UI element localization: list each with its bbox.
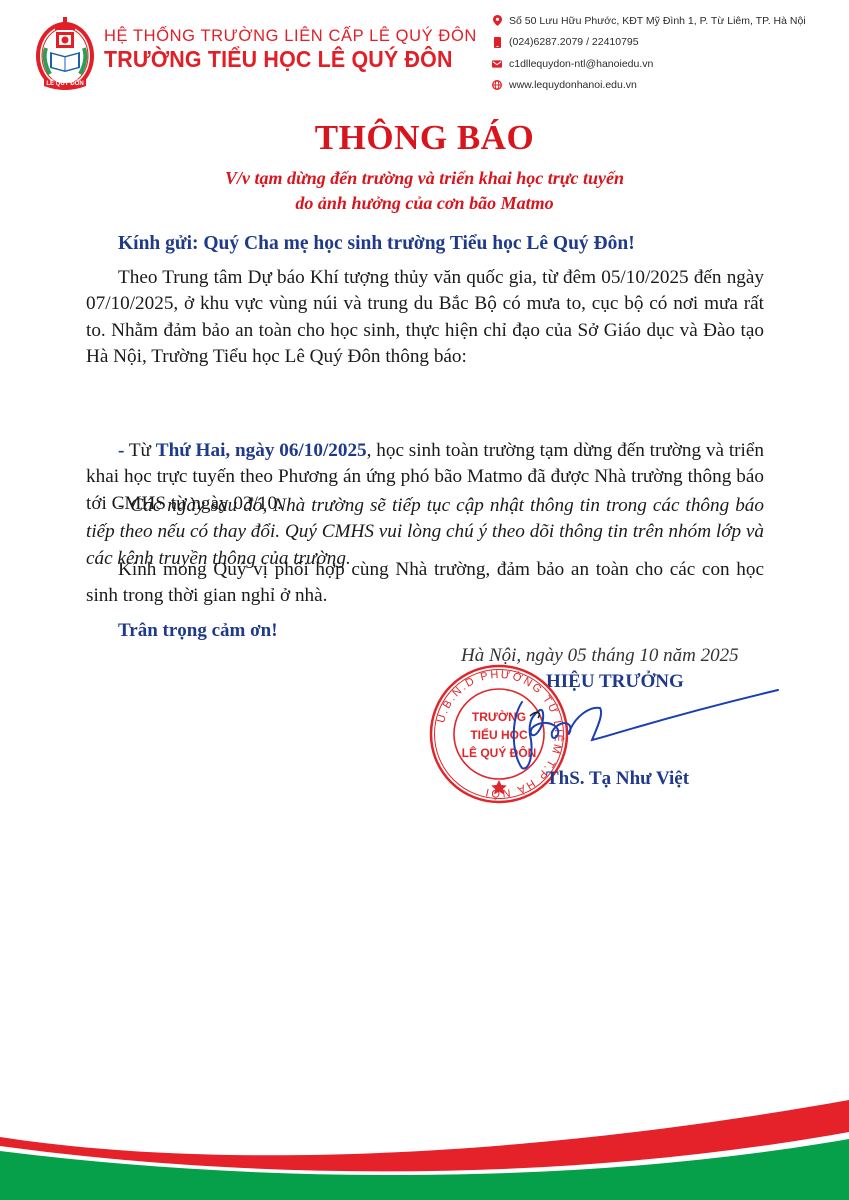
system-name: HỆ THỐNG TRƯỜNG LIÊN CẤP LÊ QUÝ ĐÔN <box>104 26 479 46</box>
paragraph-request: Kính mong Quý vị phối hợp cùng Nhà trườn… <box>86 557 764 610</box>
school-name: TRƯỜNG TIỂU HỌC LÊ QUÝ ĐÔN <box>104 46 453 72</box>
effective-date: Thứ Hai, ngày 06/10/2025 <box>156 440 367 461</box>
contact-info: Số 50 Lưu Hữu Phước, KĐT Mỹ Đình 1, P. T… <box>492 10 806 96</box>
closing: Trân trọng cảm ơn! <box>118 620 278 642</box>
contact-address: Số 50 Lưu Hữu Phước, KĐT Mỹ Đình 1, P. T… <box>492 10 806 32</box>
footer-wave <box>0 1080 849 1200</box>
signer-name: ThS. Tạ Như Việt <box>546 768 689 790</box>
handwritten-signature <box>500 680 790 780</box>
contact-email: c1dllequydon-ntl@hanoiedu.vn <box>492 53 806 75</box>
contact-website: www.lequydonhanoi.edu.vn <box>492 75 806 97</box>
notice-subtitle: V/v tạm dừng đến trường và triển khai họ… <box>0 166 849 216</box>
school-logo: LÊ QUÝ ĐÔN <box>34 12 96 92</box>
globe-icon <box>492 80 502 91</box>
contact-phone: (024)6287.2079 / 22410795 <box>492 32 806 54</box>
salutation: Kính gửi: Quý Cha mẹ học sinh trường Tiể… <box>118 233 635 255</box>
school-crest-icon: LÊ QUÝ ĐÔN <box>34 12 96 92</box>
svg-text:LÊ QUÝ ĐÔN: LÊ QUÝ ĐÔN <box>46 79 83 87</box>
phone-icon <box>492 37 502 48</box>
notice-title: THÔNG BÁO <box>0 118 849 158</box>
mail-icon <box>492 58 502 69</box>
paragraph-forecast: Theo Trung tâm Dự báo Khí tượng thủy văn… <box>86 265 764 371</box>
school-brand: HỆ THỐNG TRƯỜNG LIÊN CẤP LÊ QUÝ ĐÔN TRƯỜ… <box>104 26 479 72</box>
map-pin-icon <box>492 15 502 26</box>
